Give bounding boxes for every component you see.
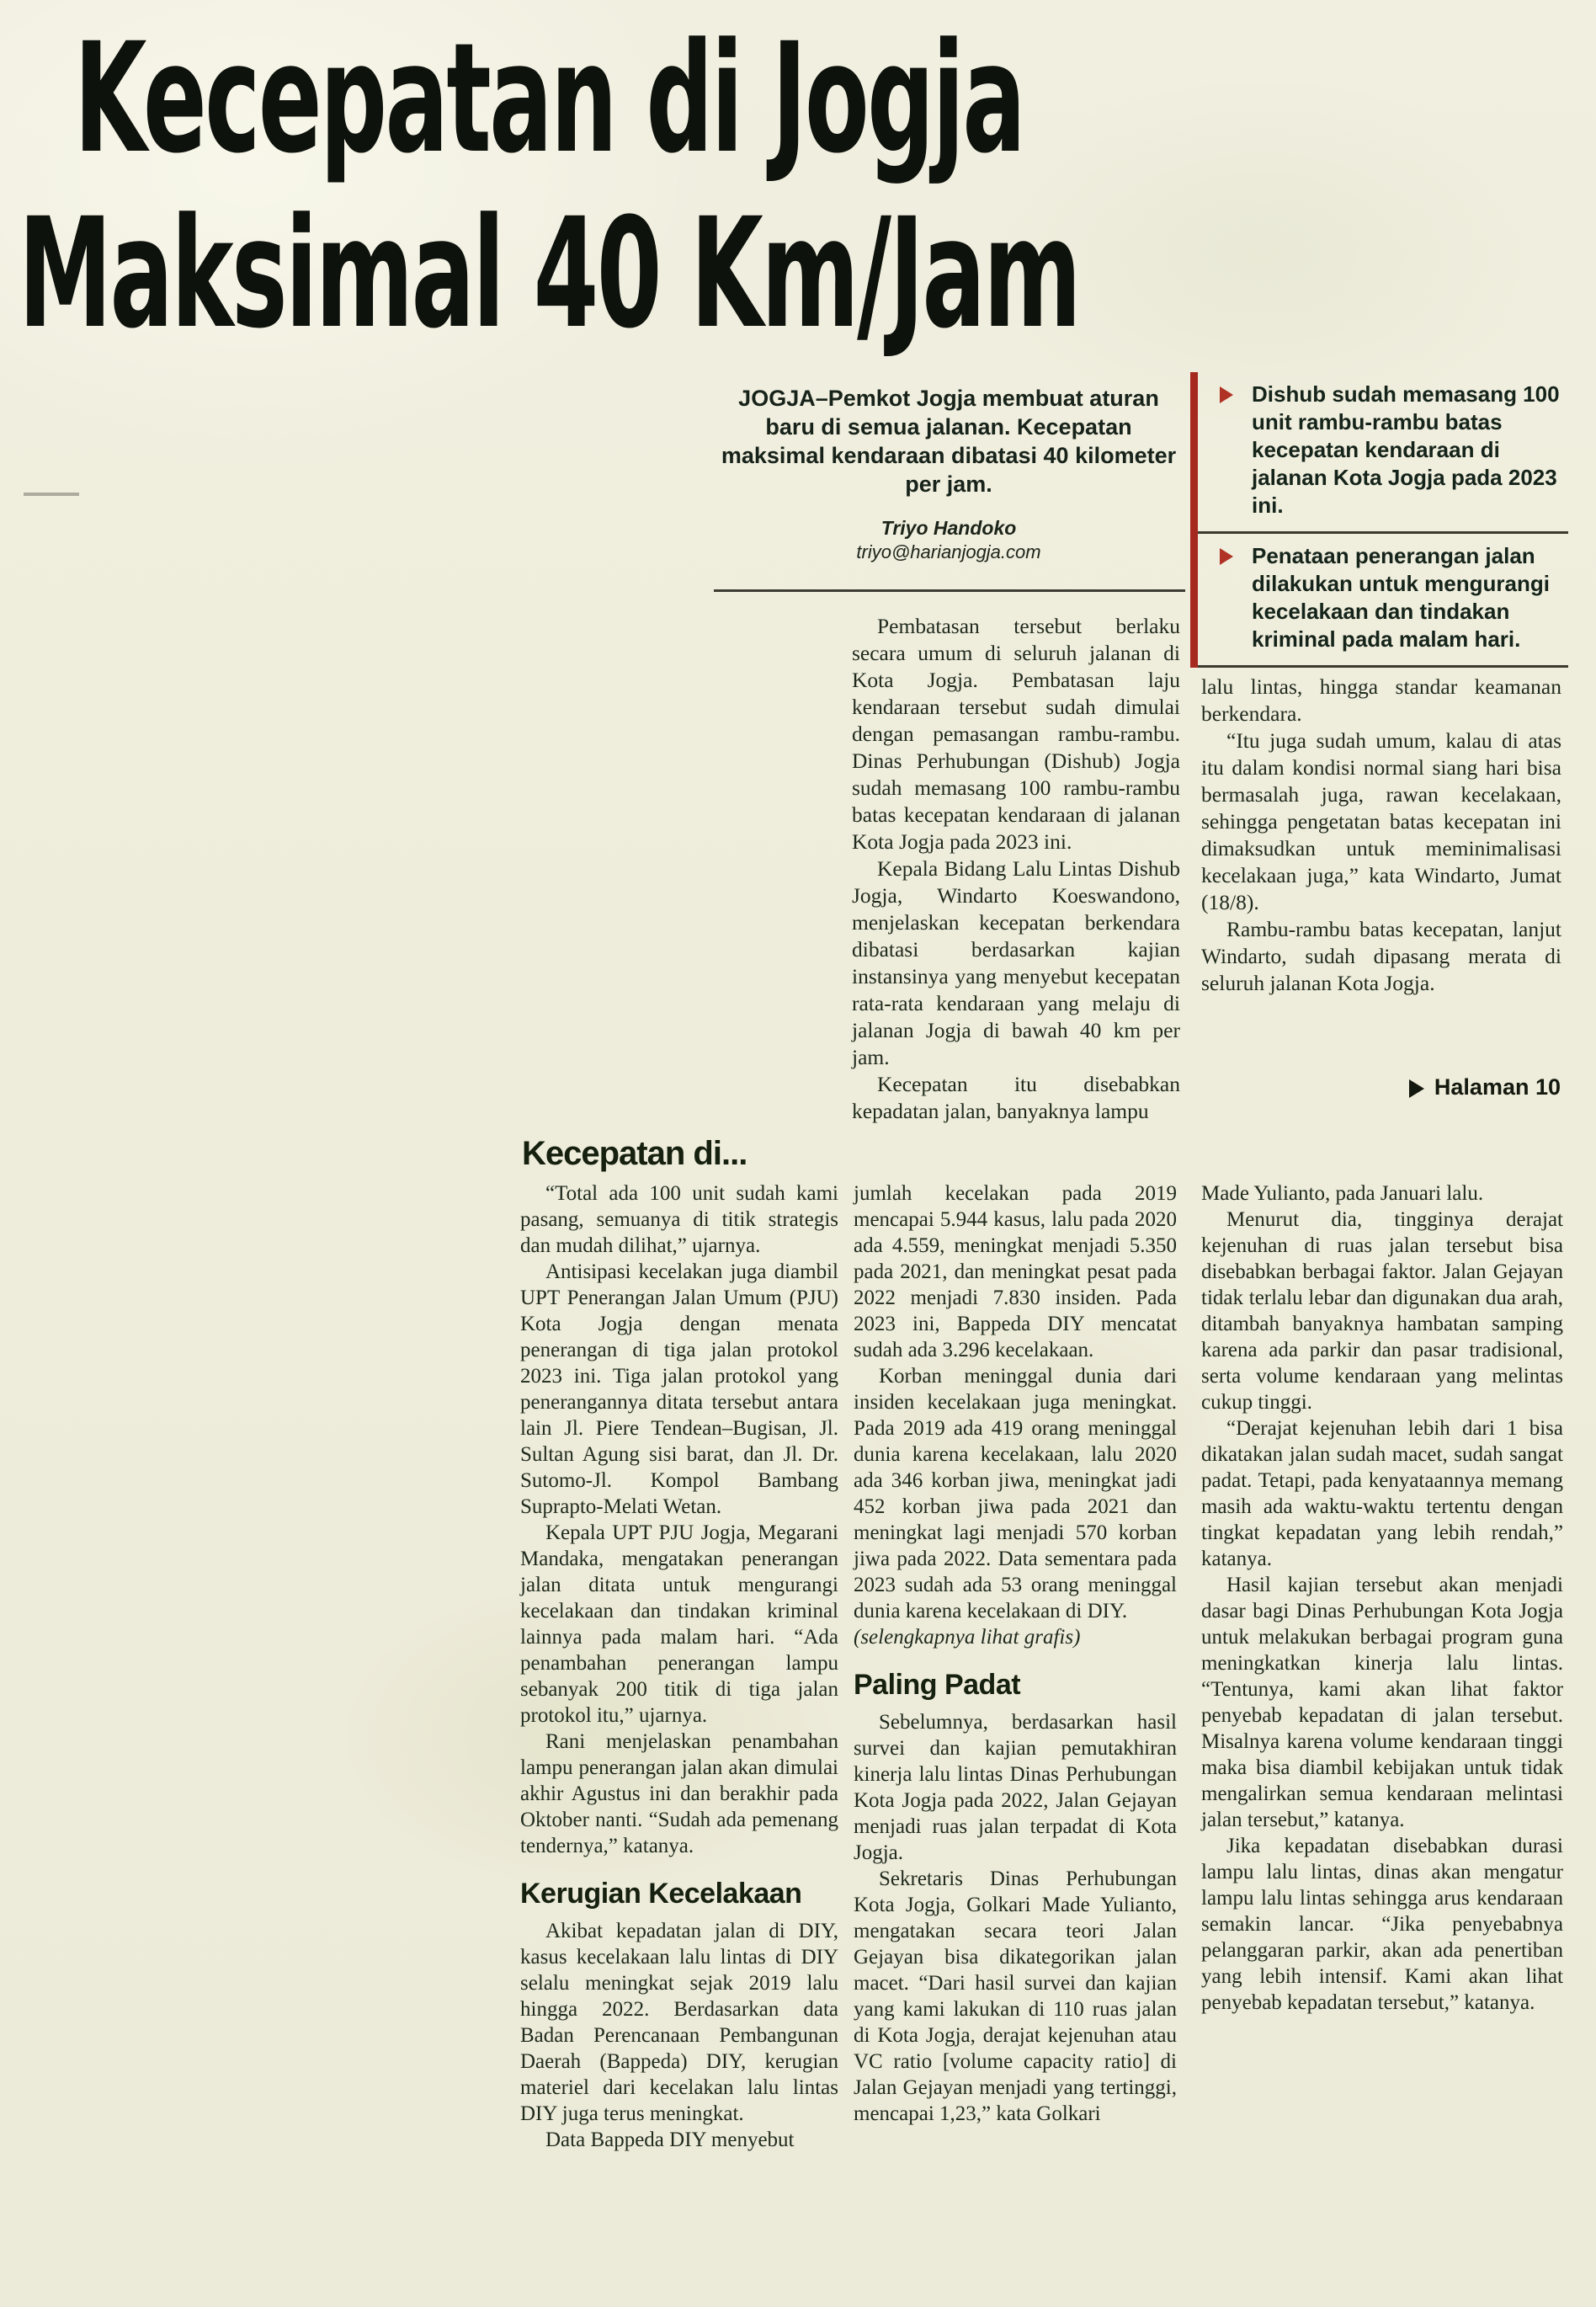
body-paragraph: Pembatasan tersebut berlaku secara umum … xyxy=(852,613,1180,855)
body-paragraph: Rani menjelaskan penambahan lampu penera… xyxy=(520,1729,838,1859)
body-paragraph: Kecepatan itu disebabkan kepadatan jalan… xyxy=(852,1071,1180,1125)
body-paragraph: Sebelumnya, berdasarkan hasil survei dan… xyxy=(854,1709,1177,1866)
subhead-paling-padat: Paling Padat xyxy=(854,1669,1177,1701)
body-paragraph: Akibat kepadatan jalan di DIY, kasus kec… xyxy=(520,1918,838,2127)
headline-line-2: Maksimal 40 Km/Jam xyxy=(19,187,1079,362)
page-root: { "colors": { "accent_red": "#a5291e", "… xyxy=(0,0,1596,2307)
body-paragraph: Sekretaris Dinas Perhubungan Kota Jogja,… xyxy=(854,1866,1177,2127)
byline-divider xyxy=(714,589,1185,592)
body-paragraph: Jika kepadatan disebabkan durasi lampu l… xyxy=(1201,1833,1563,2016)
scan-artifact xyxy=(24,493,79,496)
bullet-triangle-icon xyxy=(1220,386,1233,403)
body-paragraph: Kepala Bidang Lalu Lintas Dishub Jogja, … xyxy=(852,855,1180,1071)
body-paragraph: Made Yulianto, pada Januari lalu. xyxy=(1201,1180,1563,1207)
body-paragraph: Korban meninggal dunia dari insiden kece… xyxy=(854,1363,1177,1624)
lead-column-a: Pembatasan tersebut berlaku secara umum … xyxy=(852,613,1180,1125)
body-paragraph: Data Bappeda DIY menyebut xyxy=(520,2127,838,2153)
body-paragraph: Rambu-rambu batas kecepatan, lanjut Wind… xyxy=(1201,916,1561,997)
graphic-note: (selengkapnya lihat grafis) xyxy=(854,1624,1177,1650)
highlight-text: Dishub sudah memasang 100 unit rambu-ram… xyxy=(1252,381,1565,519)
body-paragraph: lalu lintas, hingga standar keamanan ber… xyxy=(1201,674,1561,727)
byline-author: Triyo Handoko xyxy=(714,515,1184,541)
continuation-column-3: Made Yulianto, pada Januari lalu. Menuru… xyxy=(1201,1180,1563,2016)
subhead-kerugian-kecelakaan: Kerugian Kecelakaan xyxy=(520,1878,838,1910)
highlight-item: Penataan penerangan jalan dilakukan untu… xyxy=(1198,534,1568,668)
byline-email: triyo@harianjogja.com xyxy=(714,541,1184,564)
highlight-text: Penataan penerangan jalan dilakukan untu… xyxy=(1252,542,1565,653)
headline-line-1: Kecepatan di Jogja xyxy=(74,12,1100,187)
body-paragraph: Kepala UPT PJU Jogja, Megarani Mandaka, … xyxy=(520,1520,838,1729)
body-paragraph: “Derajat kejenuhan lebih dari 1 bisa dik… xyxy=(1201,1415,1563,1572)
bullet-triangle-icon xyxy=(1220,548,1233,565)
body-paragraph: Menurut dia, tingginya derajat kejenuhan… xyxy=(1201,1207,1563,1415)
body-paragraph: “Total ada 100 unit sudah kami pasang, s… xyxy=(520,1180,838,1259)
continuation-heading: Kecepatan di... xyxy=(522,1135,747,1173)
arrow-right-icon xyxy=(1409,1079,1424,1098)
jump-label: Halaman 10 xyxy=(1434,1074,1561,1100)
headline: Kecepatan di Jogja Maksimal 40 Km/Jam xyxy=(0,12,1596,362)
standfirst: JOGJA–Pemkot Jogja membuat aturan baru d… xyxy=(714,384,1184,498)
byline: Triyo Handoko triyo@harianjogja.com xyxy=(714,515,1184,564)
body-paragraph: Antisipasi kecelakan juga diambil UPT Pe… xyxy=(520,1259,838,1520)
highlight-item: Dishub sudah memasang 100 unit rambu-ram… xyxy=(1198,372,1568,534)
body-paragraph: jumlah kecelakan pada 2019 mencapai 5.94… xyxy=(854,1180,1177,1363)
highlights-box: Dishub sudah memasang 100 unit rambu-ram… xyxy=(1190,372,1568,668)
jump-ref: Halaman 10 xyxy=(1263,1074,1561,1100)
lead-column-b: lalu lintas, hingga standar keamanan ber… xyxy=(1201,674,1561,997)
continuation-column-2: jumlah kecelakan pada 2019 mencapai 5.94… xyxy=(854,1180,1177,2127)
continuation-column-1: “Total ada 100 unit sudah kami pasang, s… xyxy=(520,1180,838,2153)
body-paragraph: “Itu juga sudah umum, kalau di atas itu … xyxy=(1201,727,1561,916)
body-paragraph: Hasil kajian tersebut akan menjadi dasar… xyxy=(1201,1572,1563,1833)
